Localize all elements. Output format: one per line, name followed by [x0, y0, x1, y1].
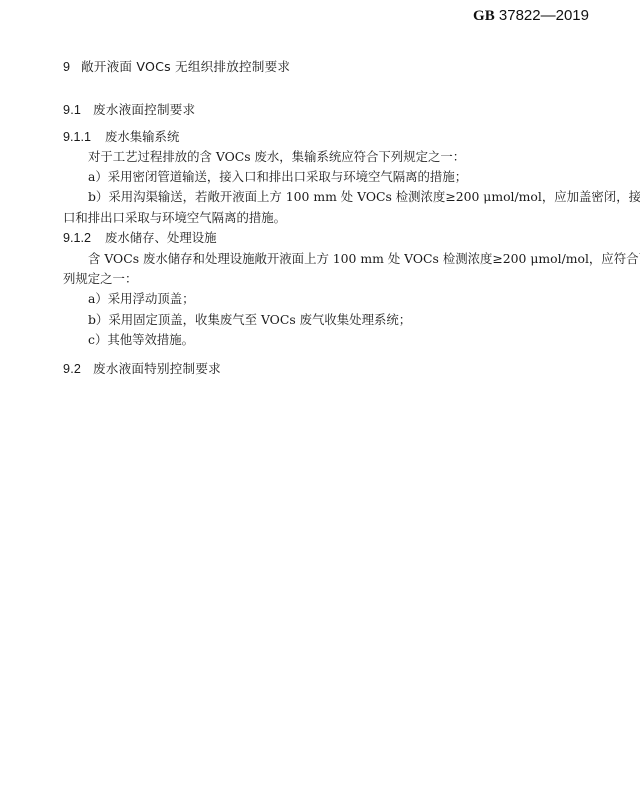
list-item-c: c）其他等效措施。	[88, 330, 194, 350]
clause-text: 含 VOCs 废水储存和处理设施敞开液面上方 100 mm 处 VOCs 检测浓…	[88, 249, 601, 269]
section-title: 敞开液面 VOCs 无组织排放控制要求	[81, 59, 290, 74]
clause-heading-9-1-2: 9.1.2废水储存、处理设施	[63, 228, 217, 248]
standard-number: 37822—2019	[499, 7, 589, 24]
section-heading-9-2: 9.2废水液面特别控制要求	[63, 359, 221, 379]
list-item-b-continued: 口和排出口采取与环境空气隔离的措施。	[63, 208, 286, 228]
standard-prefix: GB	[473, 8, 495, 24]
list-item-a: a）采用浮动顶盖；	[88, 289, 195, 309]
section-title: 废水液面控制要求	[93, 102, 195, 117]
standard-code-header: GB 37822—2019	[473, 7, 589, 25]
section-heading-9-1: 9.1废水液面控制要求	[63, 100, 195, 120]
clause-text: 对于工艺过程排放的含 VOCs 废水，集输系统应符合下列规定之一：	[88, 147, 465, 167]
clause-text-continued: 列规定之一：	[63, 269, 137, 289]
list-item-b: b）采用固定顶盖，收集废气至 VOCs 废气收集处理系统；	[88, 310, 411, 330]
list-item-b: b）采用沟渠输送，若敞开液面上方 100 mm 处 VOCs 检测浓度≥200 …	[88, 187, 601, 207]
section-heading-9: 9敞开液面 VOCs 无组织排放控制要求	[63, 57, 290, 77]
clause-heading-9-1-1: 9.1.1废水集输系统	[63, 127, 179, 147]
list-item-a: a）采用密闭管道输送，接入口和排出口采取与环境空气隔离的措施；	[88, 167, 467, 187]
section-title: 废水液面特别控制要求	[93, 361, 221, 376]
